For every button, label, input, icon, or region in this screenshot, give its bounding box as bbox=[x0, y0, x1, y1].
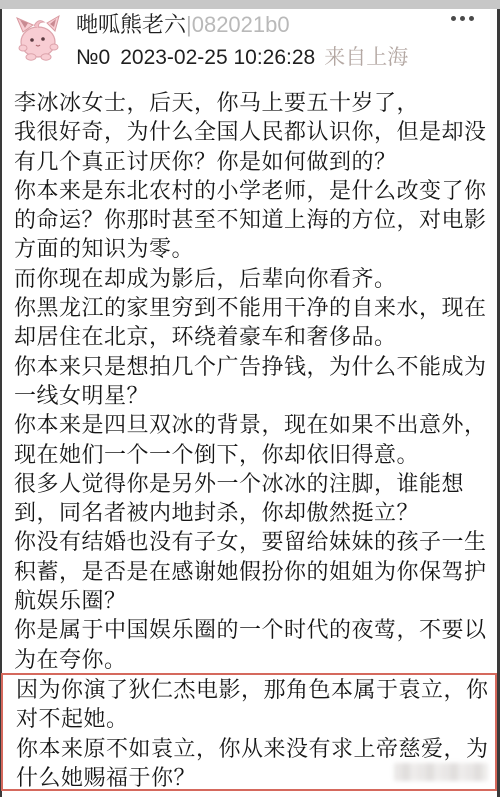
post-text-line: 你本来是四旦双冰的背景，现在如果不出意外， bbox=[14, 410, 494, 439]
username-row: 哋呱熊老六|082021b0 bbox=[76, 12, 488, 38]
post-text-line: 航娱乐圈？ bbox=[14, 586, 494, 615]
post-text-line: 一线女明星？ bbox=[14, 381, 494, 410]
post-text-line: 却居住在北京，环绕着豪车和奢侈品。 bbox=[14, 322, 494, 351]
post-body: 李冰冰女士，后天，你马上要五十岁了，我很好奇，为什么全国人民都认识你，但是却没有… bbox=[14, 88, 494, 674]
post-text-line: 为在夸你。 bbox=[14, 645, 494, 674]
post-text-line: 因为你演了狄仁杰电影，那角色本属于袁立，你 bbox=[16, 675, 495, 704]
post-text-line: 我很好奇，为什么全国人民都认识你，但是却没 bbox=[14, 117, 494, 146]
post-text-line: 到，同名者被内地封杀，你却傲然挺立？ bbox=[14, 498, 494, 527]
post-text-line: 你是属于中国娱乐圈的一个时代的夜莺，不要以 bbox=[14, 615, 494, 644]
post-text-line: 你本来只是想拍几个广告挣钱，为什么不能成为 bbox=[14, 352, 494, 381]
post-text-line: 你黑龙江的家里穷到不能用干净的自来水，现在 bbox=[14, 293, 494, 322]
ellipsis-menu-icon[interactable] bbox=[451, 16, 474, 21]
user-id: |082021b0 bbox=[186, 12, 290, 37]
post-text-line: 的命运？你那时甚至不知道上海的方位，对电影 bbox=[14, 205, 494, 234]
header-text: 哋呱熊老六|082021b0 №02023-02-25 10:26:28来自上海 bbox=[76, 12, 488, 70]
blurred-watermark bbox=[394, 763, 488, 781]
post-text-line: 现在她们一个一个倒下，你却依旧得意。 bbox=[14, 440, 494, 469]
post-text-line: 你本来是东北农村的小学老师，是什么改变了你 bbox=[14, 176, 494, 205]
post-header: 哋呱熊老六|082021b0 №02023-02-25 10:26:28来自上海 bbox=[14, 12, 488, 82]
post-text-line: 积蓄，是否是在感谢她假扮你的姐姐为你保驾护 bbox=[14, 557, 494, 586]
post-text-line: 很多人觉得你是另外一个冰冰的注脚，谁能想 bbox=[14, 469, 494, 498]
post-text-line: 有几个真正讨厌你？你是如何做到的？ bbox=[14, 147, 494, 176]
floor-number: №0 bbox=[76, 46, 110, 69]
username[interactable]: 哋呱熊老六 bbox=[76, 12, 186, 37]
post-text-line: 而你现在却成为影后，后辈向你看齐。 bbox=[14, 264, 494, 293]
post-text-line: 李冰冰女士，后天，你马上要五十岁了， bbox=[14, 88, 494, 117]
post-page: { "colors": { "page_bg": "#ffffff", "top… bbox=[0, 0, 500, 797]
post-text-line: 对不起她。 bbox=[16, 704, 495, 733]
pink-fairy-creature-icon bbox=[14, 14, 64, 62]
timestamp: 2023-02-25 10:26:28 bbox=[120, 46, 315, 69]
post-text-line: 方面的知识为零。 bbox=[14, 234, 494, 263]
post-text-line: 你本来原不如袁立，你从来没有求上帝慈爱，为 bbox=[16, 734, 495, 763]
location-label: 来自上海 bbox=[324, 46, 408, 69]
avatar[interactable] bbox=[14, 14, 64, 62]
post-meta-row: №02023-02-25 10:26:28来自上海 bbox=[76, 46, 488, 70]
top-gray-strip bbox=[0, 0, 500, 9]
post-text-line: 你没有结婚也没有子女，要留给妹妹的孩子一生 bbox=[14, 527, 494, 556]
